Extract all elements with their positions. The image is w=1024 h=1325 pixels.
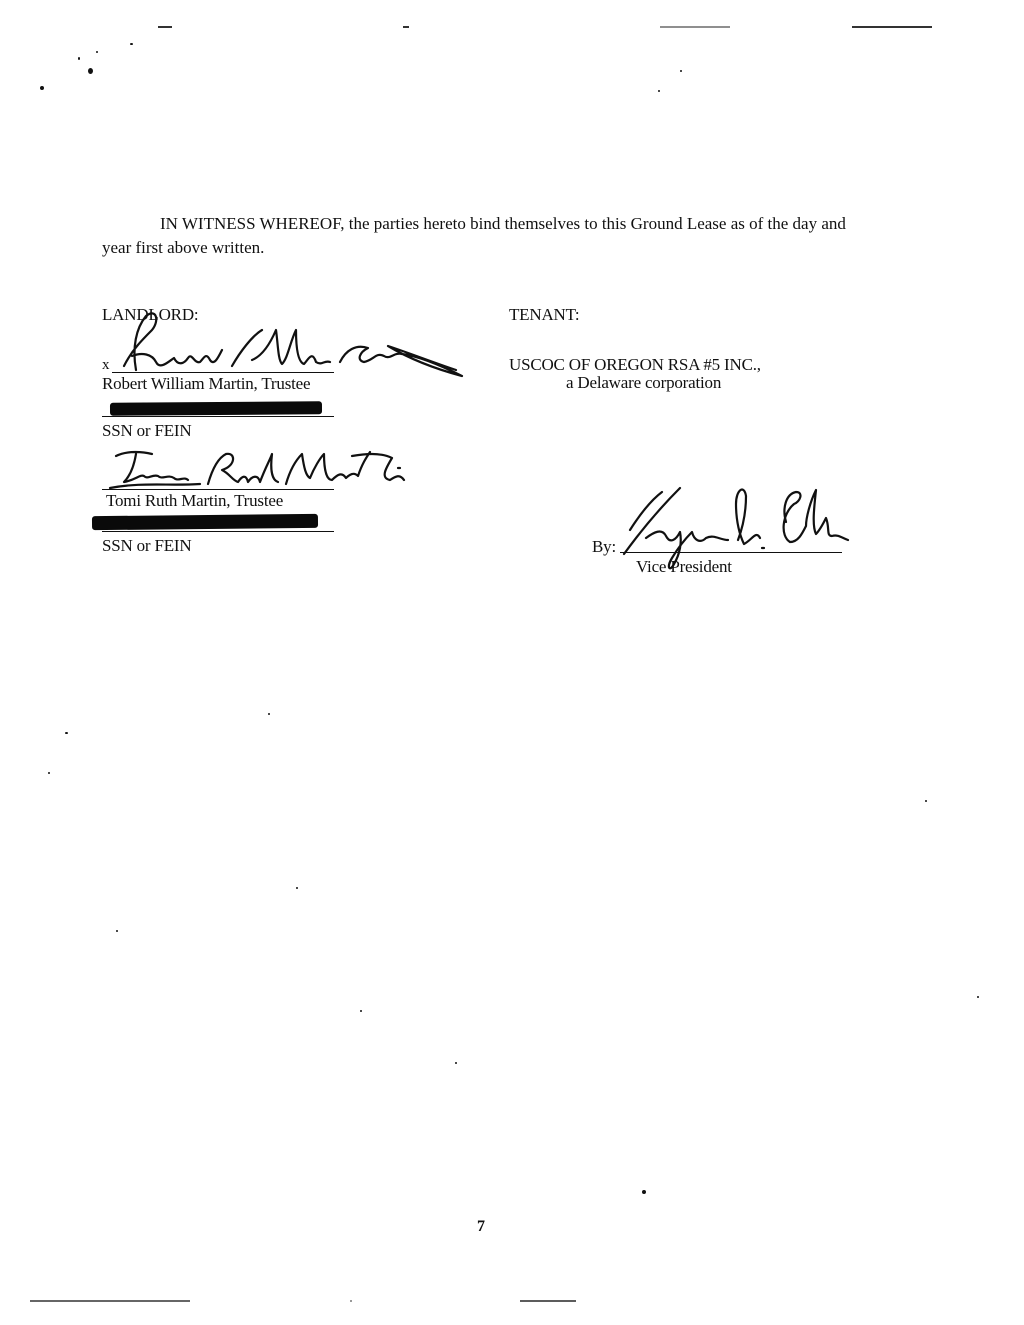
scan-speck [88,68,93,74]
scan-speck [925,800,927,802]
signer-1-id-line [102,416,334,417]
signer-2-id-line [102,531,334,532]
scan-artifact-top-right-1 [660,26,730,28]
witness-paragraph-text: IN WITNESS WHEREOF, the parties hereto b… [102,214,846,257]
signature-tomi-ruth-martin [100,446,420,496]
signer-2-id-label: SSN or FEIN [102,536,191,556]
scan-speck [658,90,660,92]
signer-2-id-redaction [92,514,318,530]
scan-speck [455,1062,457,1064]
scan-artifact-top-left [158,26,172,28]
signer-2-printed-name: Tomi Ruth Martin, Trustee [106,491,283,511]
scan-speck [40,86,44,90]
signer-1-id-redaction [110,401,322,415]
scan-artifact-bottom-right [520,1300,576,1302]
scan-speck [116,930,118,932]
scan-speck [96,51,98,53]
scan-speck [65,732,68,734]
signer-1-id-label: SSN or FEIN [102,421,191,441]
signer-1-prefix: x [102,355,109,375]
signature-robert-william-martin [112,300,472,380]
scan-artifact-bottom-left [30,1300,190,1302]
scan-speck [296,887,298,889]
tenant-signer-title: Vice President [636,557,732,577]
scan-speck [130,43,133,45]
scan-speck [360,1010,362,1012]
witness-paragraph: IN WITNESS WHEREOF, the parties hereto b… [102,212,872,260]
tenant-company-type: a Delaware corporation [566,373,721,393]
scan-artifact-bottom-mid [350,1300,352,1302]
signer-1-printed-name: Robert William Martin, Trustee [102,374,310,394]
scan-speck [977,996,979,998]
tenant-heading: TENANT: [509,305,579,325]
scan-artifact-top-mid [403,26,409,28]
scan-speck [642,1190,646,1194]
scan-artifact-top-right-2 [852,26,932,28]
tenant-company-name: USCOC OF OREGON RSA #5 INC., [509,355,761,375]
scan-speck [48,772,50,774]
scan-speck [78,57,80,60]
scan-speck [680,70,682,72]
scan-speck [268,713,270,715]
page-number: 7 [477,1217,485,1237]
